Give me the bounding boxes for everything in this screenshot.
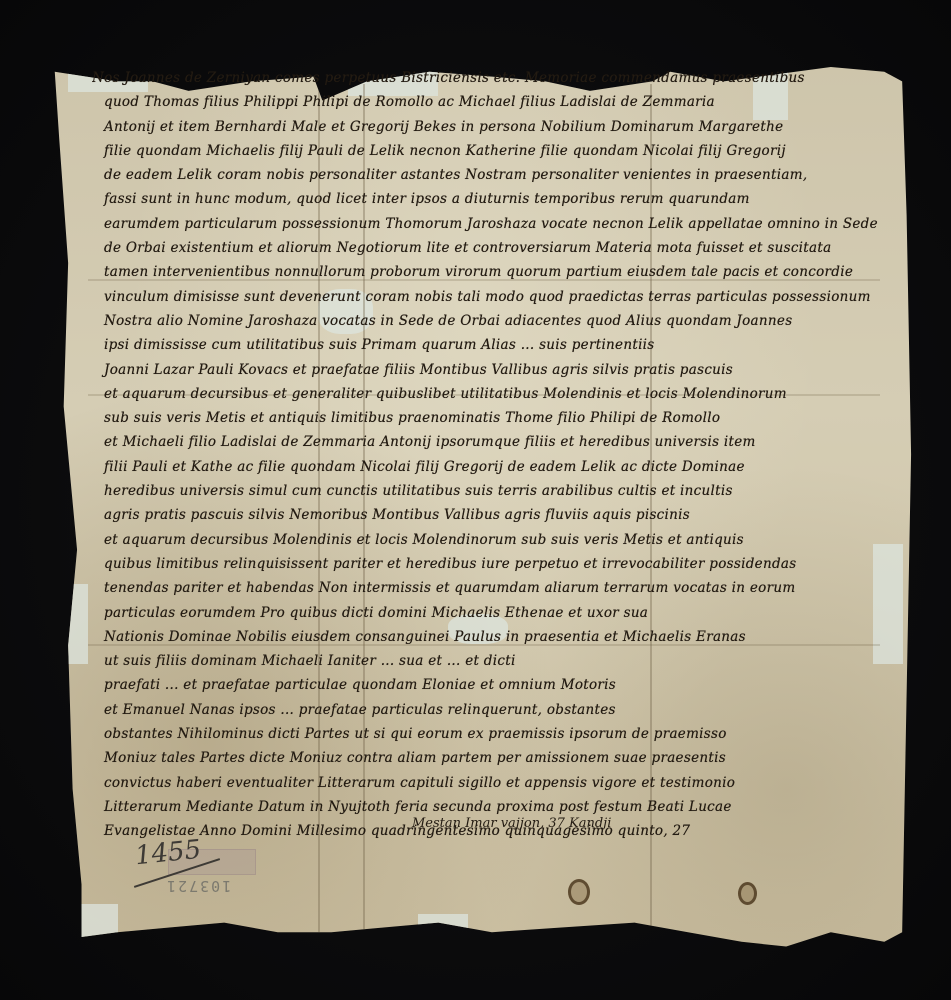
text-line: filii Pauli et Kathe ac filie quondam Ni… xyxy=(92,455,912,479)
text-line: Antonij et item Bernhardi Male et Gregor… xyxy=(92,115,912,139)
text-line: Moniuz tales Partes dicte Moniuz contra … xyxy=(92,746,912,770)
text-line: agris pratis pascuis silvis Nemoribus Mo… xyxy=(92,503,912,527)
text-line: fassi sunt in hunc modum, quod licet int… xyxy=(92,187,912,211)
text-line: tenendas pariter et habendas Non intermi… xyxy=(92,576,912,600)
text-line: ipsi dimississe cum utilitatibus suis Pr… xyxy=(92,333,912,357)
text-line: de eadem Lelik coram nobis personaliter … xyxy=(92,163,912,187)
text-line: particulas eorumdem Pro quibus dicti dom… xyxy=(92,601,912,625)
text-line: Nostra alio Nomine Jaroshaza vocatas in … xyxy=(92,309,912,333)
ink-stain xyxy=(568,879,590,905)
text-line: et aquarum decursibus Molendinis et loci… xyxy=(92,528,912,552)
text-line: quod Thomas filius Philippi Philipi de R… xyxy=(92,90,912,114)
text-line: Nos Joannes de Zerniyan comes perpetuus … xyxy=(92,66,912,90)
archive-number: 103721 xyxy=(165,877,231,895)
text-line: filie quondam Michaelis filij Pauli de L… xyxy=(92,139,912,163)
text-line: ut suis filiis dominam Michaeli Ianiter … xyxy=(92,649,912,673)
text-line: earumdem particularum possessionum Thomo… xyxy=(92,212,912,236)
text-line: Nationis Dominae Nobilis eiusdem consang… xyxy=(92,625,912,649)
text-line: et aquarum decursibus et generaliter qui… xyxy=(92,382,912,406)
manuscript-text: Nos Joannes de Zerniyan comes perpetuus … xyxy=(92,66,912,844)
closing-note: Mestan Imar vajjon, 37 Kandji xyxy=(412,816,611,831)
ink-stain xyxy=(738,882,757,905)
text-line: et Michaeli filio Ladislai de Zemmaria A… xyxy=(92,430,912,454)
text-line: sub suis veris Metis et antiquis limitib… xyxy=(92,406,912,430)
text-line: obstantes Nihilominus dicti Partes ut si… xyxy=(92,722,912,746)
text-line: tamen intervenientibus nonnullorum probo… xyxy=(92,260,912,284)
text-line: Joanni Lazar Pauli Kovacs et praefatae f… xyxy=(92,358,912,382)
text-line: vinculum dimisisse sunt devenerunt coram… xyxy=(92,285,912,309)
text-line: quibus limitibus relinquisissent pariter… xyxy=(92,552,912,576)
text-line: heredibus universis simul cum cunctis ut… xyxy=(92,479,912,503)
text-line: praefati ... et praefatae particulae quo… xyxy=(92,673,912,697)
text-line: de Orbai existentium et aliorum Negotior… xyxy=(92,236,912,260)
text-line: et Emanuel Nanas ipsos ... praefatae par… xyxy=(92,698,912,722)
text-line: convictus haberi eventualiter Litterarum… xyxy=(92,771,912,795)
